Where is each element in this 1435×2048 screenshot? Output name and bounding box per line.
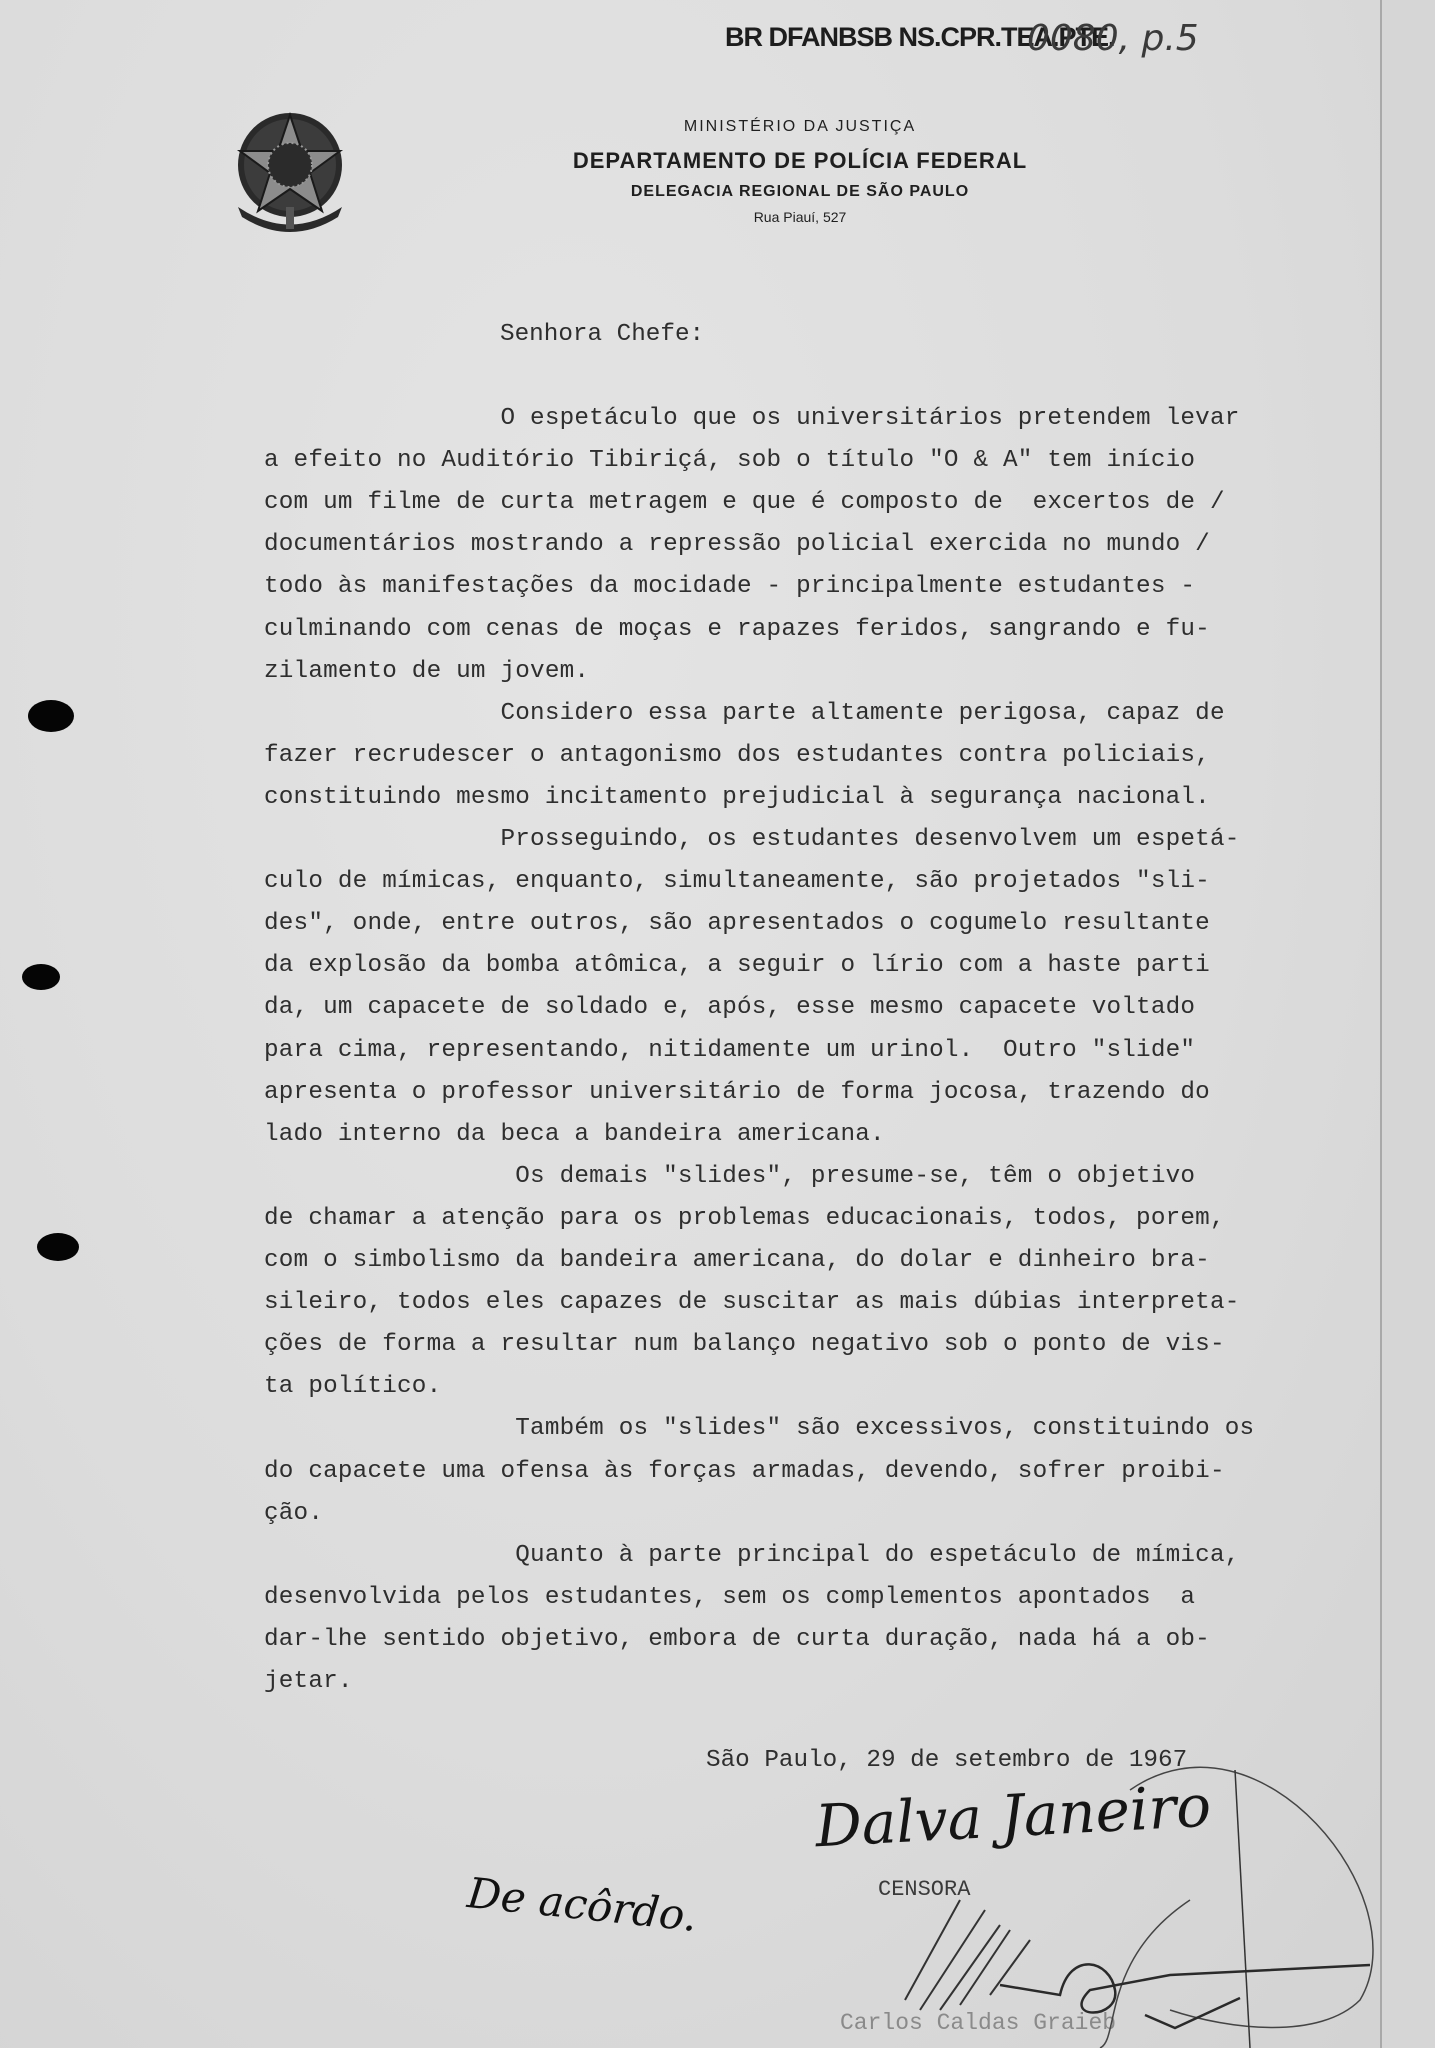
signature-scribbles — [0, 0, 1435, 2048]
punch-hole — [37, 1233, 79, 1261]
punch-hole — [22, 964, 60, 990]
document-page: BR DFANBSB NS.CPR.TEA.PTE. 0080, p.5 MIN… — [0, 0, 1435, 2048]
punch-hole — [28, 700, 74, 732]
